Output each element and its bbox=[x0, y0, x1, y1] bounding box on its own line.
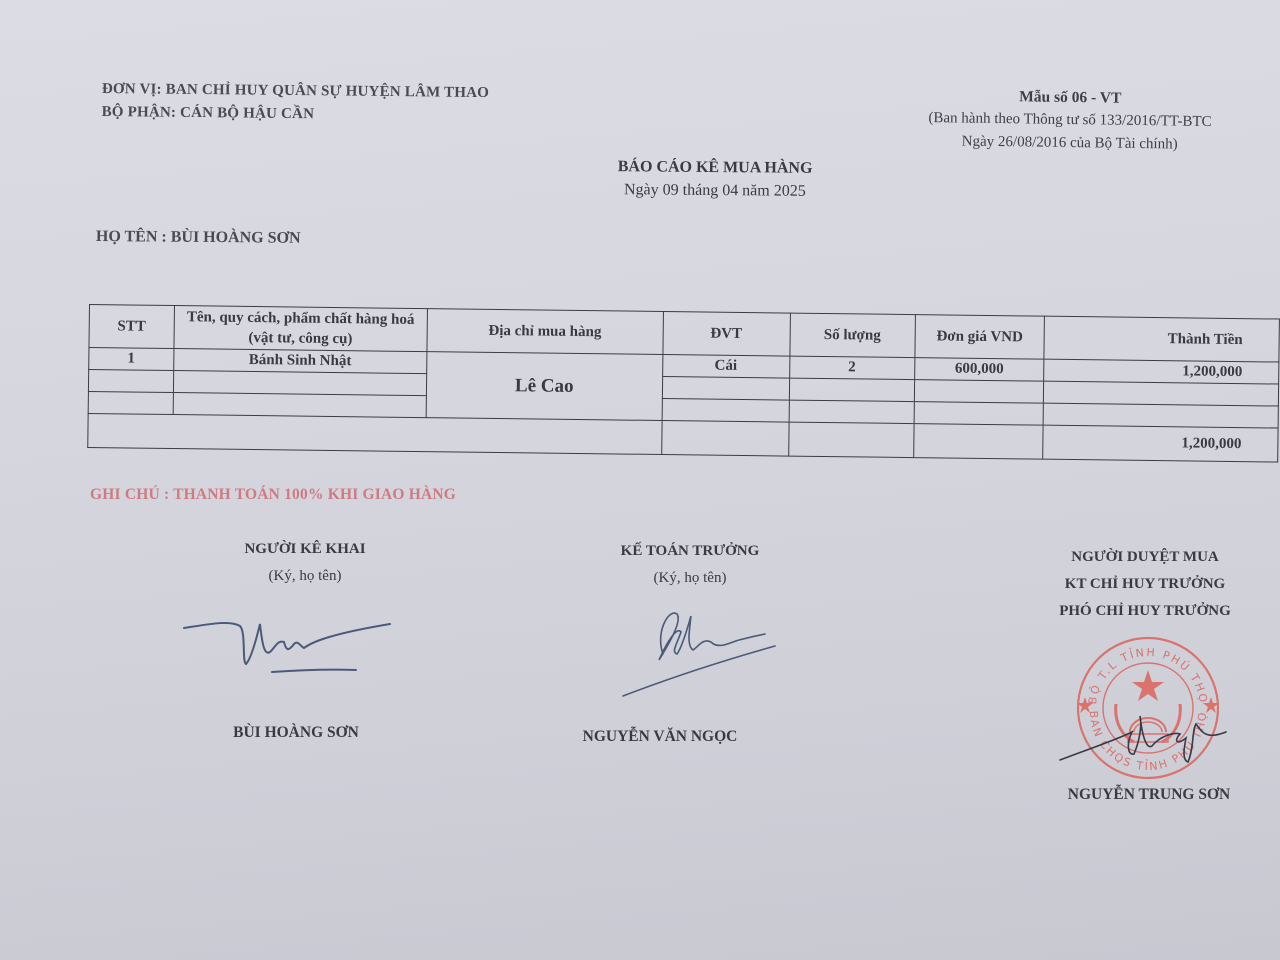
cell-stt bbox=[88, 370, 173, 393]
cell-unit: Cái bbox=[662, 355, 789, 379]
approver-name: NGUYỄN TRUNG SƠN bbox=[1044, 786, 1254, 804]
cell-quantity bbox=[789, 378, 914, 402]
person-name: HỌ TÊN : BÙI HOÀNG SƠN bbox=[96, 228, 301, 248]
declarant-hint: (Ký, họ tên) bbox=[195, 563, 415, 589]
header-item-name: Tên, quy cách, phẩm chất hàng hoá (vật t… bbox=[174, 306, 428, 352]
cell-item-name: Bánh Sinh Nhật bbox=[173, 349, 426, 374]
cell-amount: 1,200,000 bbox=[1044, 359, 1279, 384]
chief-accountant-name: NGUYỄN VĂN NGỌC bbox=[560, 728, 760, 746]
declarant-role: NGƯỜI KÊ KHAI bbox=[195, 536, 415, 563]
approver-role-1: NGƯỜI DUYỆT MUA bbox=[1030, 544, 1260, 571]
total-empty-cell bbox=[913, 424, 1043, 460]
cell-unit-price bbox=[914, 402, 1044, 426]
header-quantity: Số lượng bbox=[789, 313, 915, 358]
total-empty-cell bbox=[661, 421, 788, 457]
cell-unit bbox=[662, 399, 789, 423]
header-unit: ĐVT bbox=[663, 312, 790, 357]
total-label-cell bbox=[88, 413, 662, 454]
form-reference: Mẫu số 06 - VT (Ban hành theo Thông tư s… bbox=[895, 84, 1246, 158]
declarant-signature-block: NGƯỜI KÊ KHAI (Ký, họ tên) bbox=[195, 536, 415, 589]
cell-unit-price bbox=[914, 380, 1044, 404]
header-address: Địa chỉ mua hàng bbox=[427, 309, 663, 355]
chief-accountant-role: KẾ TOÁN TRƯỞNG bbox=[585, 538, 795, 565]
cell-stt: 1 bbox=[89, 348, 174, 371]
cell-quantity: 2 bbox=[789, 356, 914, 380]
cell-stt bbox=[88, 391, 173, 414]
cell-quantity bbox=[789, 400, 914, 424]
cell-item-name bbox=[173, 371, 426, 396]
purchase-table: STT Tên, quy cách, phẩm chất hàng hoá (v… bbox=[87, 304, 1280, 463]
department-line: BỘ PHẬN: CÁN BỘ HẬU CẦN bbox=[102, 101, 489, 128]
cell-unit bbox=[662, 377, 789, 401]
form-basis-line-1: (Ban hành theo Thông tư số 133/2016/TT-B… bbox=[895, 107, 1245, 135]
approver-role-3: PHÓ CHỈ HUY TRƯỞNG bbox=[1030, 598, 1260, 625]
cell-amount bbox=[1043, 403, 1278, 428]
chief-accountant-signature-icon bbox=[615, 602, 815, 702]
form-basis-line-2: Ngày 26/08/2016 của Bộ Tài chính) bbox=[895, 130, 1245, 158]
total-amount: 1,200,000 bbox=[1043, 425, 1278, 462]
cell-address: Lê Cao bbox=[426, 352, 663, 421]
organization-header: ĐƠN VỊ: BAN CHỈ HUY QUÂN SỰ HUYỆN LÂM TH… bbox=[102, 78, 490, 128]
cell-item-name bbox=[173, 393, 426, 418]
cell-unit-price: 600,000 bbox=[914, 358, 1044, 382]
total-empty-cell bbox=[788, 422, 914, 458]
header-stt: STT bbox=[89, 305, 174, 349]
document-title-block: BÁO CÁO KÊ MUA HÀNG Ngày 09 tháng 04 năm… bbox=[590, 155, 840, 203]
cell-amount bbox=[1044, 381, 1279, 406]
approver-signature-block: NGƯỜI DUYỆT MUA KT CHỈ HUY TRƯỞNG PHÓ CH… bbox=[1030, 544, 1260, 625]
document-date: Ngày 09 tháng 04 năm 2025 bbox=[590, 178, 840, 203]
chief-accountant-signature-block: KẾ TOÁN TRƯỞNG (Ký, họ tên) bbox=[585, 538, 795, 591]
payment-note: GHI CHÚ : THANH TOÁN 100% KHI GIAO HÀNG bbox=[90, 486, 456, 504]
header-unit-price: Đơn giá VND bbox=[915, 315, 1045, 360]
document-title: BÁO CÁO KÊ MUA HÀNG bbox=[590, 155, 840, 180]
header-amount: Thành Tiền bbox=[1044, 316, 1279, 362]
approver-role-2: KT CHỈ HUY TRƯỞNG bbox=[1030, 571, 1260, 598]
declarant-name: BÙI HOÀNG SƠN bbox=[196, 724, 396, 742]
approver-signature-icon bbox=[1056, 710, 1236, 770]
chief-accountant-hint: (Ký, họ tên) bbox=[585, 565, 795, 591]
declarant-signature-icon bbox=[180, 612, 400, 692]
